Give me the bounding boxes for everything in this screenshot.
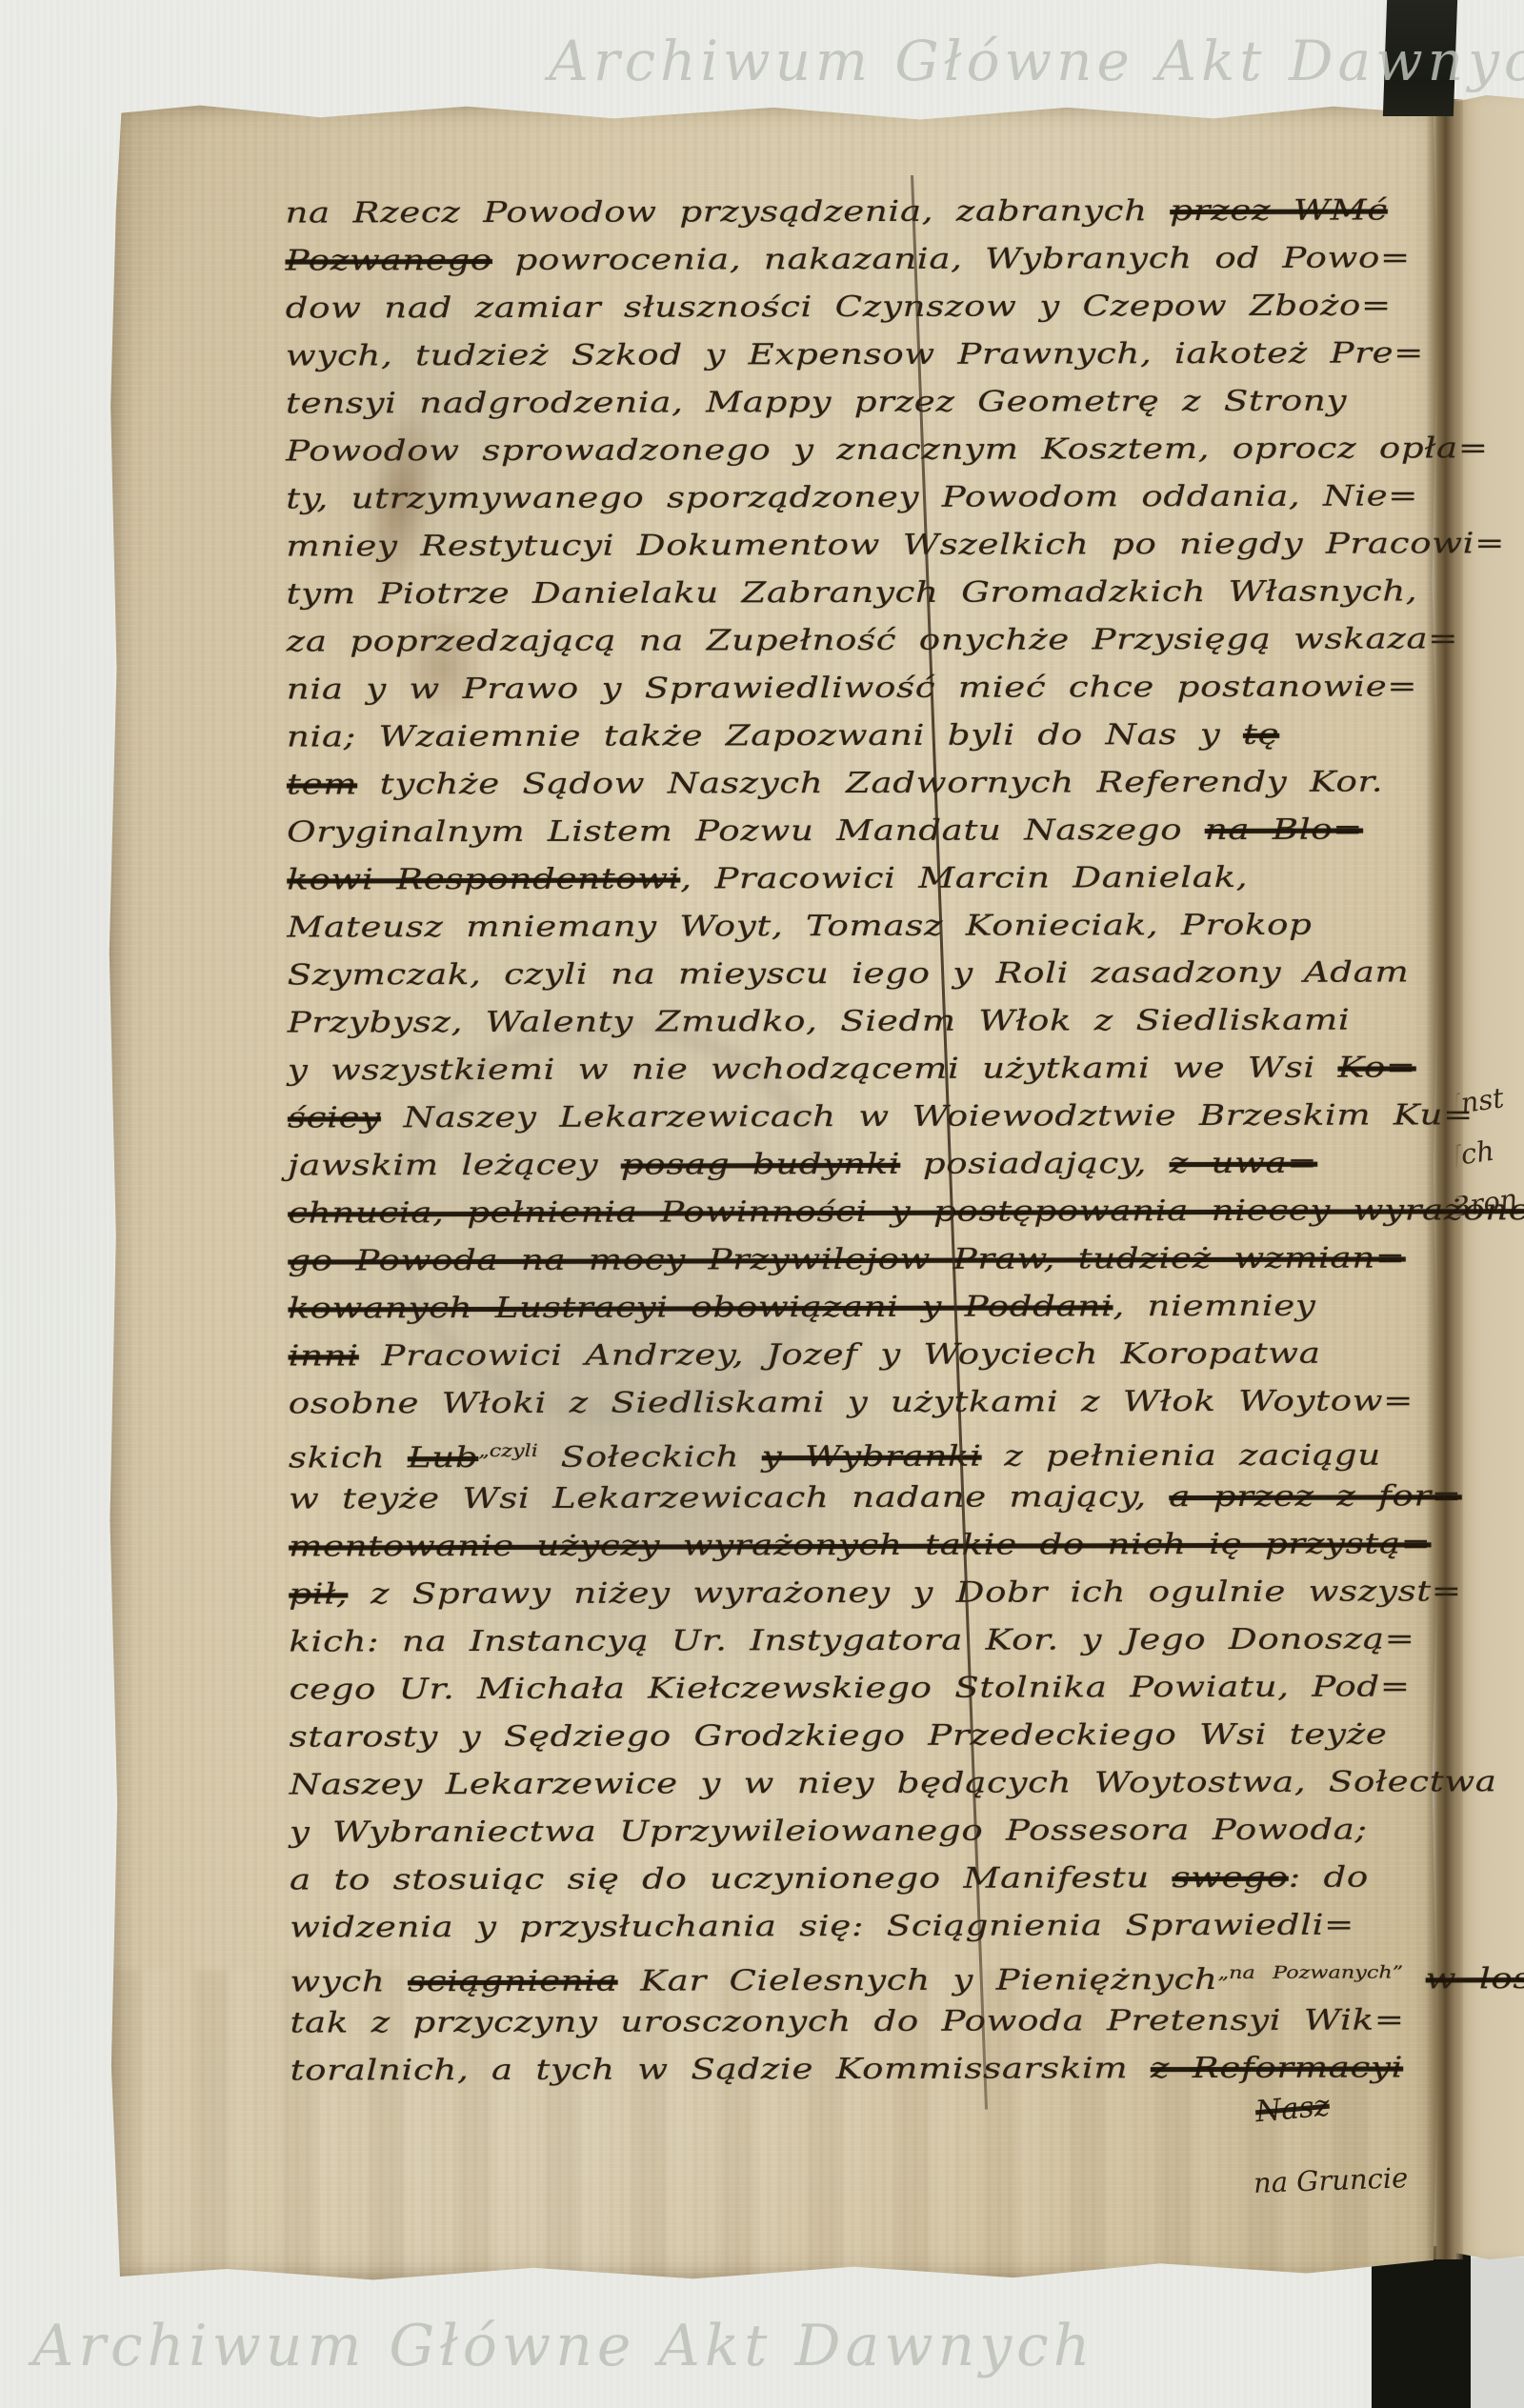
handwritten-text: nia; Wzaiemnie także Zapozwani byli do N… — [287, 718, 1243, 754]
white-backing-bottom — [1471, 2257, 1524, 2408]
manuscript-line: tensyi nadgrodzenia, Mappy przez Geometr… — [286, 377, 1524, 429]
handwritten-text: : do — [1289, 1861, 1369, 1895]
handwritten-text: nia y w Prawo y Sprawiedliwość mieć chce… — [287, 670, 1418, 706]
handwritten-text: tychże Sądow Naszych Zadwornych Referend… — [357, 766, 1383, 802]
manuscript-line: kowanych Lustracyi obowiązani y Poddani,… — [288, 1282, 1524, 1334]
handwritten-text: Szymczak, czyli na mieyscu iego y Roli z… — [287, 955, 1409, 992]
struck-text: kowi Respondentowi — [287, 862, 680, 896]
handwritten-text: tym Piotrze Danielaku Zabranych Gromadzk… — [286, 574, 1417, 611]
handwritten-text: Sołeckich — [538, 1440, 762, 1475]
handwritten-text: powrocenia, nakazania, Wybranych od Powo… — [492, 241, 1411, 277]
handwritten-text: Przybysz, Walenty Zmudko, Siedm Włok z S… — [288, 1004, 1351, 1040]
struck-text: w los — [1426, 1962, 1524, 1996]
struck-text: swego — [1172, 1861, 1288, 1895]
manuscript-line: skich Lub„czyli Sołeckich y Wybranki z p… — [289, 1425, 1524, 1476]
struck-text: z uwa= — [1170, 1147, 1318, 1180]
struck-text: inni — [289, 1339, 359, 1373]
manuscript-line: Przybysz, Walenty Zmudko, Siedm Włok z S… — [288, 996, 1524, 1048]
manuscript-line: osobne Włoki z Siedliskami y użytkami z … — [289, 1377, 1524, 1429]
handwritten-text: a to stosuiąc się do uczynionego Manifes… — [290, 1861, 1173, 1896]
struck-text: y Wybranki — [762, 1440, 982, 1475]
manuscript-line: cego Ur. Michała Kiełczewskiego Stolnika… — [289, 1663, 1524, 1715]
manuscript-line: tem tychże Sądow Naszych Zadwornych Refe… — [287, 758, 1524, 810]
manuscript-line: starosty y Sędziego Grodzkiego Przedecki… — [290, 1711, 1524, 1762]
manuscript-line: toralnich, a tych w Sądzie Kommissarskim… — [290, 2044, 1524, 2096]
handwritten-text: wych, tudzież Szkod y Expensow Prawnych,… — [286, 336, 1424, 372]
struck-text: posag budynki — [621, 1148, 900, 1182]
manuscript-line: jawskim leżącey posag budynki posiadając… — [288, 1139, 1524, 1191]
struck-text: na Blo= — [1205, 813, 1363, 847]
struck-text: z Reformacyi — [1151, 2051, 1403, 2085]
handwritten-text: mniey Restytucyi Dokumentow Wszelkich po… — [286, 527, 1505, 563]
handwritten-text: toralnich, a tych w Sądzie Kommissarskim — [291, 2052, 1151, 2087]
manuscript-line: pił, z Sprawy niżey wyrażoney y Dobr ich… — [289, 1568, 1524, 1619]
manuscript-line: y Wybraniectwa Uprzywileiowanego Posseso… — [290, 1806, 1524, 1857]
manuscript-line: za poprzedzającą na Zupełność onychże Pr… — [287, 615, 1524, 667]
catchword: na Gruncie — [1253, 2161, 1408, 2199]
handwritten-text: Oryginalnym Listem Pozwu Mandatu Naszego — [287, 813, 1205, 850]
manuscript-line: go Powoda na mocy Przywilejow Praw, tudz… — [288, 1234, 1524, 1286]
handwritten-text: posiadający, — [900, 1147, 1170, 1181]
manuscript-line: Szymczak, czyli na mieyscu iego y Roli z… — [287, 949, 1524, 1000]
manuscript-line: ściey Naszey Lekarzewicach w Woiewodztwi… — [288, 1092, 1524, 1143]
handwritten-text: Naszey Lekarzewicach w Woiewodztwie Brze… — [381, 1098, 1474, 1134]
manuscript-line: ty, utrzymywanego sporządzoney Powodom o… — [286, 472, 1524, 524]
cancelled-word: Nasz — [1254, 2089, 1332, 2130]
handwritten-text: jawskim leżącey — [288, 1149, 621, 1183]
struck-text: przez WMć — [1170, 194, 1388, 229]
handwritten-text — [1403, 1962, 1426, 1996]
handwritten-text: tak z przyczyny urosczonych do Powoda Pr… — [290, 2003, 1404, 2039]
handwritten-text: Powodow sprowadzonego y znacznym Kosztem… — [286, 431, 1489, 468]
manuscript-line: kich: na Instancyą Ur. Instygatora Kor. … — [289, 1615, 1524, 1667]
manuscript-line: tym Piotrze Danielaku Zabranych Gromadzk… — [286, 568, 1524, 619]
manuscript-line: wych, tudzież Szkod y Expensow Prawnych,… — [286, 330, 1524, 381]
handwritten-text: dow nad zamiar słuszności Czynszow y Cze… — [286, 290, 1392, 326]
manuscript-line: inni Pracowici Andrzey, Jozef y Woyciech… — [289, 1330, 1524, 1381]
struck-text: pił, — [289, 1577, 348, 1611]
struck-text: ściey — [288, 1101, 381, 1134]
struck-text: Pozwanego — [286, 244, 492, 278]
handwritten-text: Kar Cielesnych y Pieniężnych — [618, 1963, 1218, 1998]
handwritten-text: z pełnienia zaciągu — [982, 1439, 1381, 1474]
manuscript-line: mentowanie użyczy wyrażonych takie do ni… — [289, 1520, 1524, 1572]
manuscript-lines: na Rzecz Powodow przysądzenia, zabranych… — [285, 187, 1414, 2095]
struck-text: mentowanie użyczy wyrażonych takie do ni… — [289, 1527, 1431, 1563]
struck-text: kowanych Lustracyi obowiązani y Poddani — [288, 1290, 1113, 1325]
archival-scan: InstJchBron na Rzecz Powodow przysądzeni… — [0, 0, 1524, 2408]
black-backing-bottom — [1372, 2246, 1471, 2408]
struck-text: go Powoda na mocy Przywilejow Praw, tudz… — [288, 1241, 1405, 1277]
handwritten-text: , niemniey — [1113, 1290, 1315, 1324]
handwritten-text: w teyże Wsi Lekarzewicach nadane mający, — [289, 1480, 1169, 1515]
struck-text: tę — [1243, 718, 1279, 752]
handwritten-text: widzenia y przysłuchania się: Sciągnieni… — [290, 1909, 1354, 1945]
inserted-text: „na Pozwanych” — [1218, 1962, 1404, 1983]
handwritten-text: y Wybraniectwa Uprzywileiowanego Posseso… — [290, 1814, 1368, 1850]
handwritten-text: cego Ur. Michała Kiełczewskiego Stolnika… — [289, 1670, 1410, 1706]
manuscript-line: y wszystkiemi w nie wchodzącemi użytkami… — [288, 1044, 1524, 1095]
manuscript-line: na Rzecz Powodow przysądzenia, zabranych… — [285, 187, 1524, 238]
handwritten-text: ty, utrzymywanego sporządzoney Powodom o… — [286, 479, 1418, 515]
handwritten-text: starosty y Sędziego Grodzkiego Przedecki… — [290, 1718, 1388, 1755]
inserted-text: „czyli — [478, 1441, 538, 1461]
struck-text: tem — [287, 768, 357, 801]
manuscript-line: widzenia y przysłuchania się: Sciągnieni… — [290, 1901, 1524, 1953]
handwritten-text: tensyi nadgrodzenia, Mappy przez Geometr… — [286, 385, 1347, 421]
manuscript-line: Mateusz mniemany Woyt, Tomasz Konieciak,… — [287, 901, 1524, 953]
handwritten-text: kich: na Instancyą Ur. Instygatora Kor. … — [289, 1622, 1414, 1658]
struck-text: Ko= — [1337, 1051, 1415, 1084]
handwritten-text: wych — [290, 1965, 408, 1998]
struck-text: a przez z for= — [1169, 1479, 1461, 1514]
manuscript-line: w teyże Wsi Lekarzewicach nadane mający,… — [289, 1473, 1524, 1524]
handwritten-text: Naszey Lekarzewice y w niey będących Woy… — [290, 1765, 1497, 1801]
handwritten-text: y wszystkiemi w nie wchodzącemi użytkami… — [288, 1052, 1338, 1088]
handwritten-text: Pracowici Andrzey, Jozef y Woyciech Koro… — [359, 1337, 1321, 1374]
struck-text: sciągnienia — [408, 1965, 618, 1999]
manuscript-line: Oryginalnym Listem Pozwu Mandatu Naszego… — [287, 806, 1524, 857]
manuscript-line: tak z przyczyny urosczonych do Powoda Pr… — [290, 1997, 1524, 2048]
handwritten-text: na Rzecz Powodow przysądzenia, zabranych — [285, 194, 1170, 230]
handwritten-text: , Pracowici Marcin Danielak, — [680, 861, 1248, 896]
manuscript-line: chnucia, pełnienia Powinności y postępow… — [288, 1187, 1524, 1238]
handwritten-text: skich — [289, 1441, 408, 1475]
handwritten-text: z Sprawy niżey wyrażoney y Dobr ich ogul… — [348, 1575, 1461, 1611]
manuscript-line: kowi Respondentowi, Pracowici Marcin Dan… — [287, 853, 1524, 905]
handwritten-text: Mateusz mniemany Woyt, Tomasz Konieciak,… — [287, 909, 1312, 945]
manuscript-line: Naszey Lekarzewice y w niey będących Woy… — [290, 1758, 1524, 1810]
black-ribbon-bookmark — [1383, 0, 1457, 116]
struck-text: chnucia, pełnienia Powinności y postępow… — [288, 1194, 1524, 1230]
manuscript-line: wych sciągnienia Kar Cielesnych y Pienię… — [290, 1949, 1524, 2000]
manuscript-line: Powodow sprowadzonego y znacznym Kosztem… — [286, 425, 1524, 476]
manuscript-line: mniey Restytucyi Dokumentow Wszelkich po… — [286, 520, 1524, 572]
manuscript-line: a to stosuiąc się do uczynionego Manifes… — [290, 1854, 1524, 1905]
manuscript-line: nia y w Prawo y Sprawiedliwość mieć chce… — [287, 663, 1524, 714]
struck-text: Lub — [408, 1441, 478, 1475]
manuscript-line: Pozwanego powrocenia, nakazania, Wybrany… — [286, 234, 1524, 286]
handwritten-text: za poprzedzającą na Zupełność onychże Pr… — [287, 622, 1459, 658]
handwritten-text: osobne Włoki z Siedliskami y użytkami z … — [289, 1384, 1414, 1420]
manuscript-line: dow nad zamiar słuszności Czynszow y Cze… — [286, 282, 1524, 333]
manuscript-line: nia; Wzaiemnie także Zapozwani byli do N… — [287, 711, 1524, 762]
